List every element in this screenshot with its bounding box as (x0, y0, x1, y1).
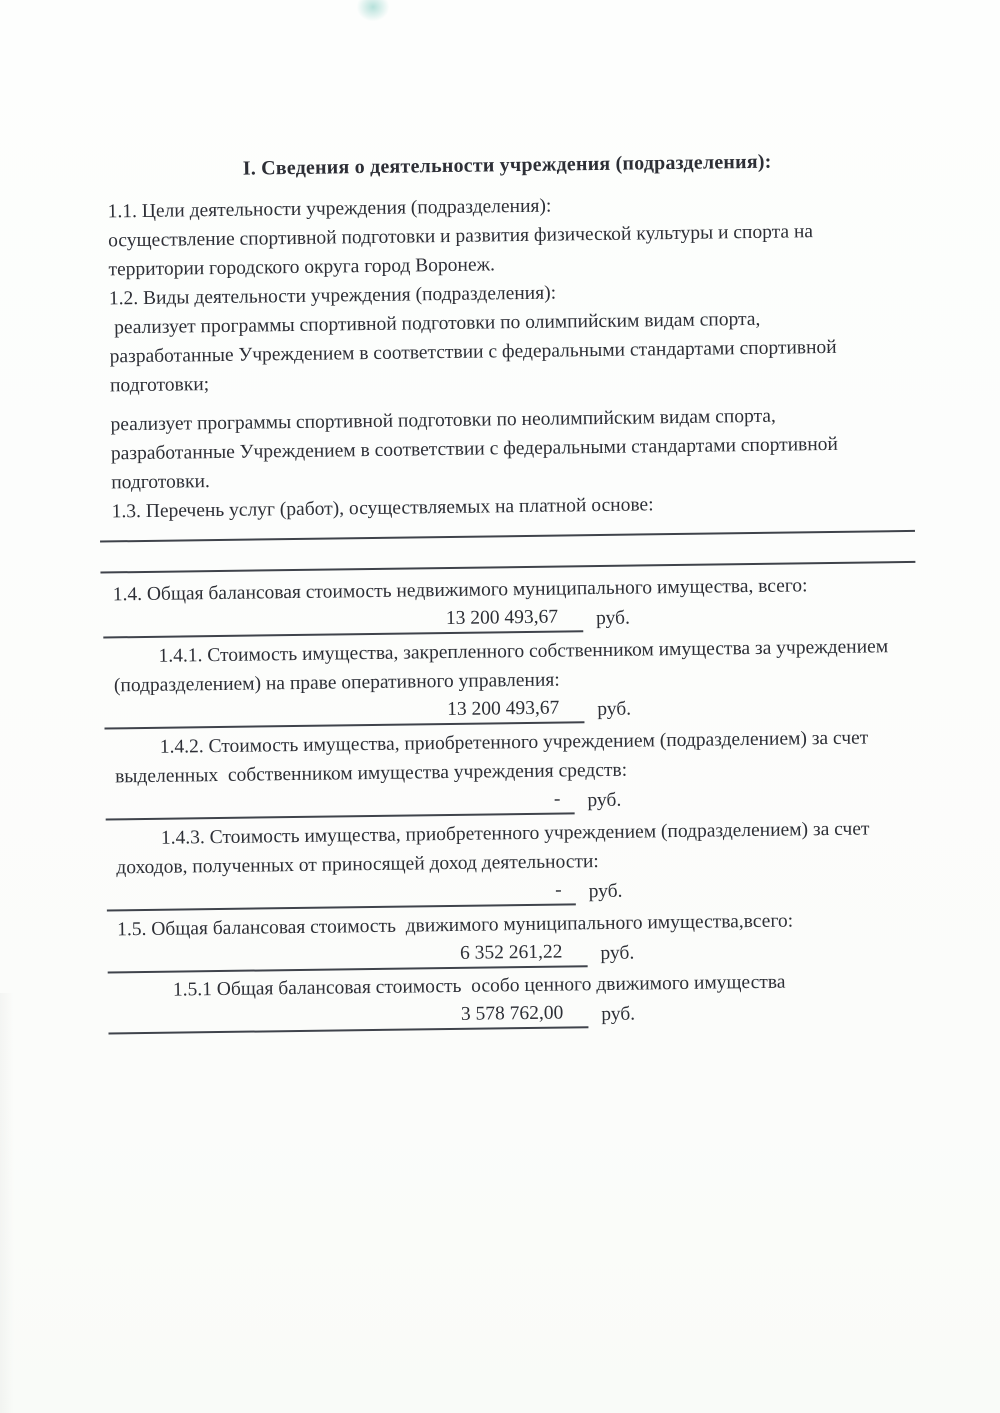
value-1-5-1-amount: 3 578 762,00 (108, 1000, 588, 1034)
clause-1-4: 1.4. Общая балансовая стоимость недвижим… (113, 570, 944, 639)
scanned-document-page: I. Сведения о деятельности учреждения (п… (0, 0, 1000, 1413)
value-1-4-2-amount: - (105, 786, 574, 820)
clause-1-1: 1.1. Цели деятельности учреждения (подра… (108, 187, 939, 285)
clause-1-5: 1.5. Общая балансовая стоимость движимог… (117, 904, 948, 973)
clause-1-4-1: 1.4.1. Стоимость имущества, закрепленног… (113, 632, 944, 730)
section-heading: I. Сведения о деятельности учреждения (п… (107, 145, 907, 185)
currency-label: руб. (601, 1002, 635, 1028)
currency-label: руб. (597, 697, 631, 723)
value-1-4-3-amount: - (107, 877, 576, 911)
scan-edge-shading (0, 993, 14, 1413)
value-1-4-1-amount: 13 200 493,67 (104, 695, 584, 729)
clause-1-4-3: 1.4.3. Стоимость имущества, приобретенно… (116, 813, 947, 911)
clause-1-4-2: 1.4.2. Стоимость имущества, приобретенно… (115, 723, 946, 821)
currency-label: руб. (596, 606, 630, 632)
currency-label: руб. (600, 941, 634, 967)
value-1-4-amount: 13 200 493,67 (103, 604, 583, 638)
value-1-5-amount: 6 352 261,22 (107, 939, 587, 973)
clause-1-5-1: 1.5.1 Общая балансовая стоимость особо ц… (118, 965, 949, 1034)
document-content: I. Сведения о деятельности учреждения (п… (105, 0, 948, 1037)
clause-1-2: 1.2. Виды деятельности учреждения (подра… (109, 274, 942, 498)
currency-label: руб. (589, 879, 623, 905)
currency-label: руб. (587, 788, 621, 814)
clause-1-3: 1.3. Перечень услуг (работ), осуществляе… (111, 487, 942, 574)
blank-answer-line-1 (100, 530, 915, 543)
